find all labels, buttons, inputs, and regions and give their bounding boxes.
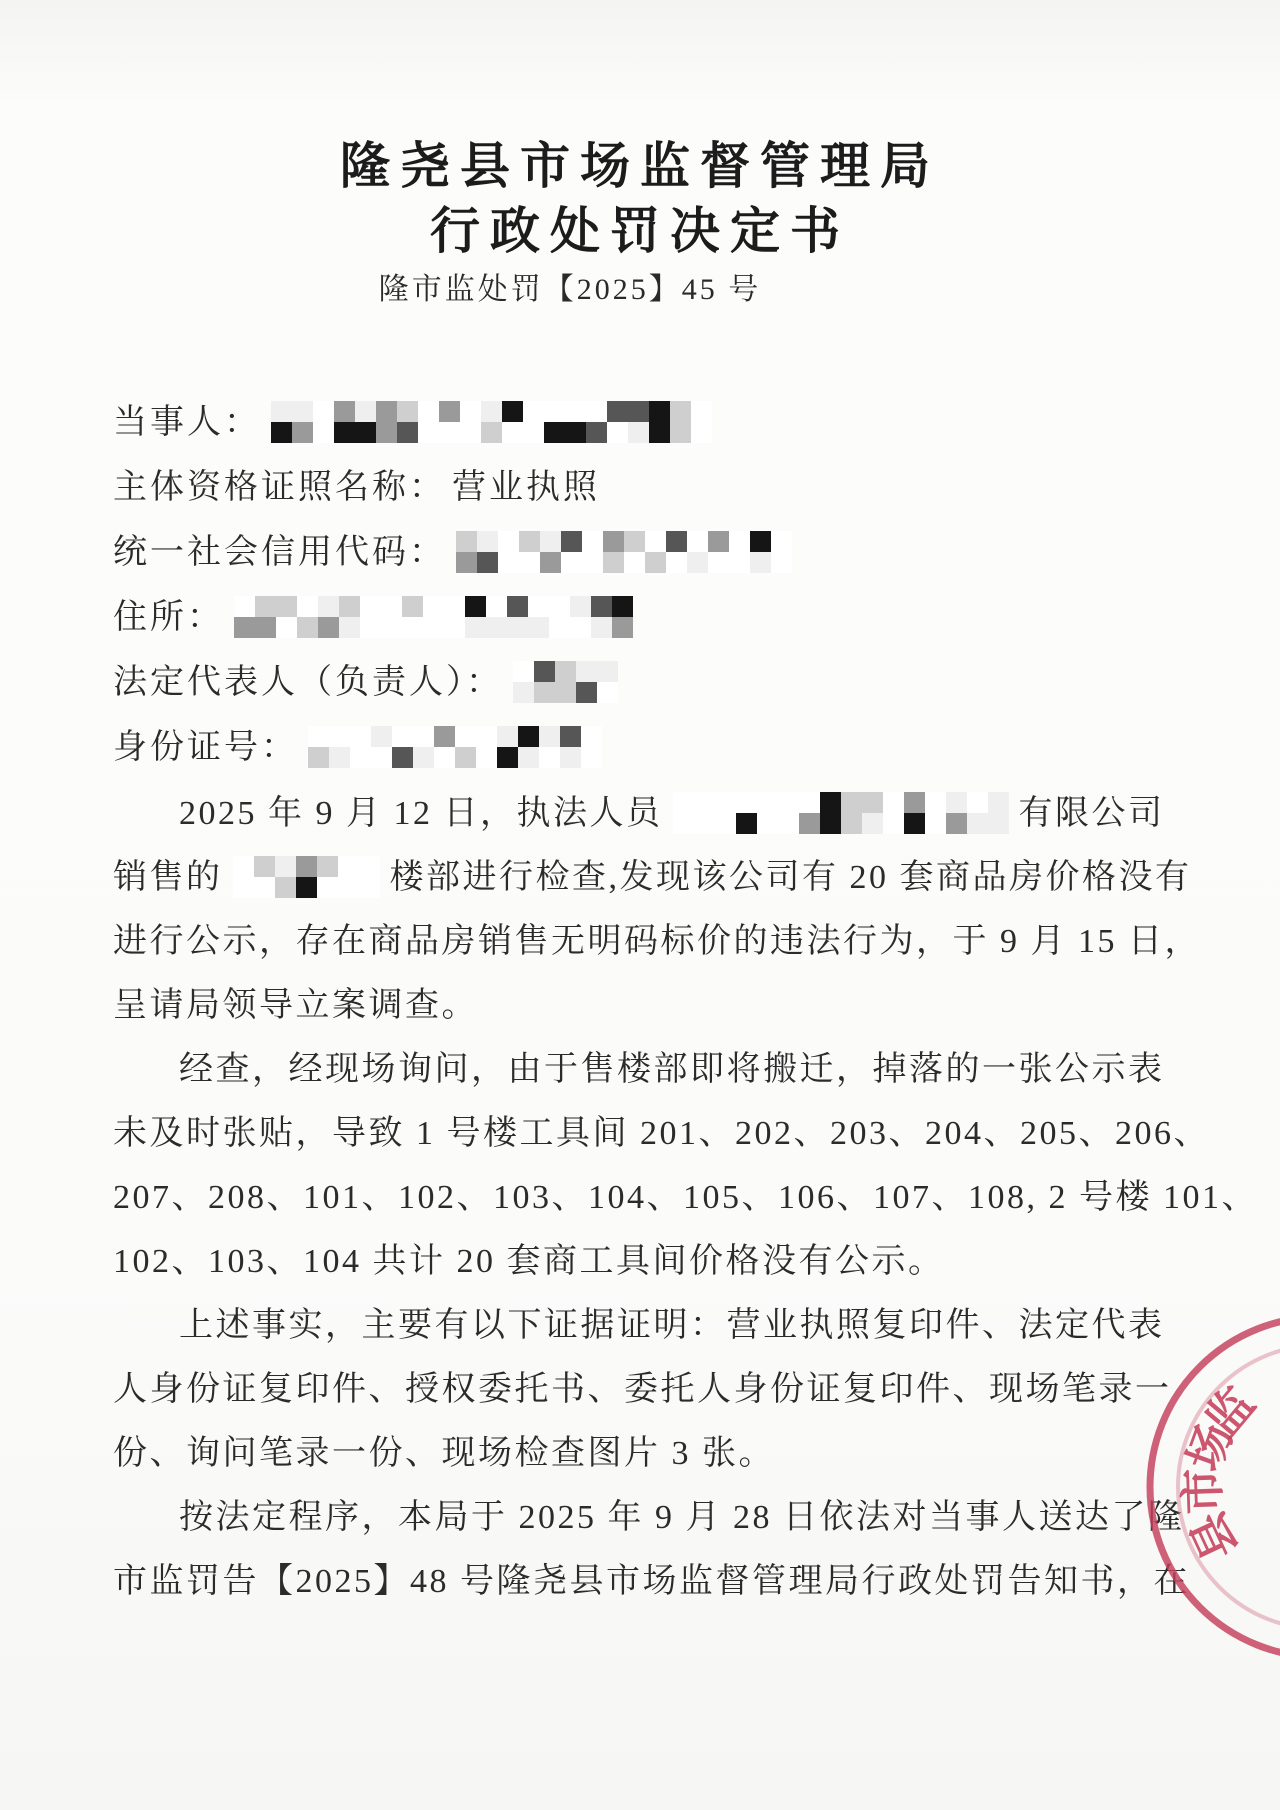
body-text: 207、208、101、102、103、104、105、106、107、108,… bbox=[113, 1179, 1258, 1216]
redacted-text bbox=[234, 596, 633, 638]
seal-character: 监 bbox=[1196, 1378, 1265, 1446]
body-text: 有限公司 bbox=[1019, 795, 1165, 832]
body-line: 207、208、101、102、103、104、105、106、107、108,… bbox=[113, 1166, 1173, 1230]
body-text: 按法定程序，本局于 2025 年 9 月 28 日依法对当事人送达了隆 bbox=[179, 1499, 1185, 1536]
body-text: 上述事实，主要有以下证据证明：营业执照复印件、法定代表 bbox=[179, 1307, 1165, 1344]
body-text: 份、询问笔录一份、现场检查图片 3 张。 bbox=[113, 1435, 775, 1472]
body-line: 102、103、104 共计 20 套商工具间价格没有公示。 bbox=[113, 1230, 1173, 1294]
field-label: 身份证号： bbox=[113, 729, 298, 766]
redacted-text bbox=[308, 726, 602, 768]
seal-character: 场 bbox=[1179, 1417, 1243, 1478]
field-label: 住所： bbox=[113, 599, 224, 636]
redacted-text bbox=[673, 792, 1009, 834]
field-label: 法定代表人（负责人）： bbox=[113, 664, 503, 701]
body-text: 销售的 bbox=[113, 859, 223, 896]
body-text: 经查，经现场询问，由于售楼部即将搬迁，掉落的一张公示表 bbox=[179, 1051, 1165, 1088]
field-value: 营业执照 bbox=[452, 469, 600, 506]
field-row: 统一社会信用代码： bbox=[113, 520, 802, 585]
body-line: 人身份证复印件、授权委托书、委托人身份证复印件、现场笔录一 bbox=[113, 1358, 1173, 1422]
body-line: 份、询问笔录一份、现场检查图片 3 张。 bbox=[113, 1422, 1173, 1486]
redacted-text bbox=[271, 401, 712, 443]
body-line: 呈请局领导立案调查。 bbox=[113, 974, 1173, 1038]
body-line: 按法定程序，本局于 2025 年 9 月 28 日依法对当事人送达了隆 bbox=[113, 1486, 1173, 1550]
body-text: 呈请局领导立案调查。 bbox=[113, 987, 478, 1024]
field-row: 住所： bbox=[113, 585, 802, 650]
body-text: 未及时张贴，导致 1 号楼工具间 201、202、203、204、205、206… bbox=[113, 1115, 1210, 1152]
redacted-text bbox=[233, 856, 380, 898]
body-text: 进行公示，存在商品房销售无明码标价的违法行为，于 9 月 15 日， bbox=[113, 923, 1201, 960]
body-line: 上述事实，主要有以下证据证明：营业执照复印件、法定代表 bbox=[113, 1294, 1173, 1358]
scanned-document-page: 隆尧县市场监督管理局 行政处罚决定书 隆市监处罚【2025】45 号 当事人：主… bbox=[0, 0, 1280, 1810]
body-line: 经查，经现场询问，由于售楼部即将搬迁，掉落的一张公示表 bbox=[113, 1038, 1173, 1102]
body-line: 销售的楼部进行检查,发现该公司有 20 套商品房价格没有 bbox=[113, 846, 1173, 910]
redacted-text bbox=[513, 661, 618, 703]
body-text: 2025 年 9 月 12 日，执法人员 bbox=[179, 795, 663, 832]
party-info-fields: 当事人：主体资格证照名称：营业执照统一社会信用代码：住所：法定代表人（负责人）：… bbox=[113, 390, 802, 780]
redacted-text bbox=[456, 531, 792, 573]
document-title-agency: 隆尧县市场监督管理局 bbox=[0, 126, 1280, 198]
body-line: 2025 年 9 月 12 日，执法人员有限公司 bbox=[113, 782, 1173, 846]
field-row: 主体资格证照名称：营业执照 bbox=[113, 455, 802, 520]
body-line: 进行公示，存在商品房销售无明码标价的违法行为，于 9 月 15 日， bbox=[113, 910, 1173, 974]
field-row: 身份证号： bbox=[113, 715, 802, 780]
document-number: 隆市监处罚【2025】45 号 bbox=[0, 264, 1210, 308]
field-label: 统一社会信用代码： bbox=[113, 534, 446, 571]
seal-character: 县 bbox=[1182, 1504, 1248, 1567]
field-label: 当事人： bbox=[113, 404, 261, 441]
field-row: 当事人： bbox=[113, 390, 802, 455]
body-text: 市监罚告【2025】48 号隆尧县市场监督管理局行政处罚告知书，在 bbox=[113, 1563, 1190, 1600]
field-label: 主体资格证照名称： bbox=[113, 469, 446, 506]
field-row: 法定代表人（负责人）： bbox=[113, 650, 802, 715]
document-title-type: 行政处罚决定书 bbox=[0, 191, 1280, 263]
body-text: 楼部进行检查,发现该公司有 20 套商品房价格没有 bbox=[390, 859, 1192, 896]
document-body: 2025 年 9 月 12 日，执法人员有限公司销售的楼部进行检查,发现该公司有… bbox=[113, 782, 1173, 1614]
body-text: 人身份证复印件、授权委托书、委托人身份证复印件、现场笔录一 bbox=[113, 1371, 1172, 1408]
body-text: 102、103、104 共计 20 套商工具间价格没有公示。 bbox=[113, 1243, 945, 1280]
body-line: 市监罚告【2025】48 号隆尧县市场监督管理局行政处罚告知书，在 bbox=[113, 1550, 1173, 1614]
body-line: 未及时张贴，导致 1 号楼工具间 201、202、203、204、205、206… bbox=[113, 1102, 1173, 1166]
